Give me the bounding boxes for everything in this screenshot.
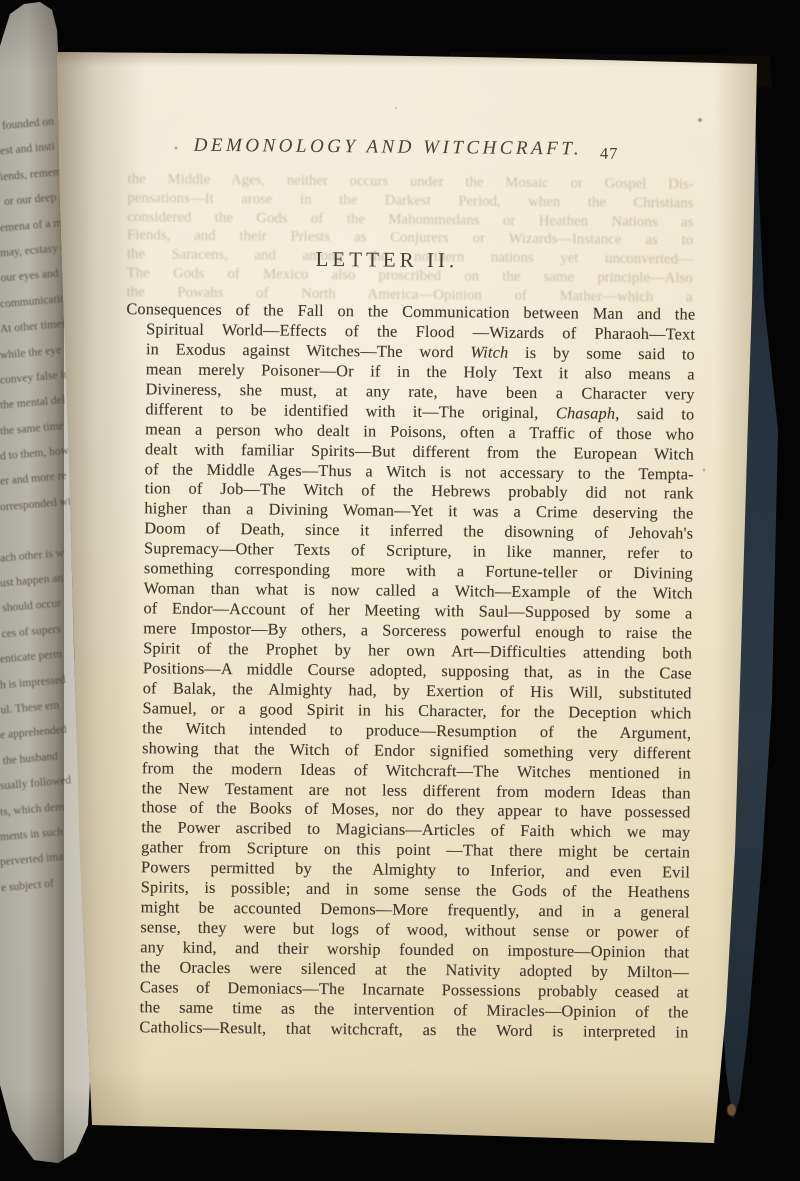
running-header: DEMONOLOGY AND WITCHCRAFT. bbox=[128, 134, 648, 161]
chapter-heading: LETTER II. bbox=[127, 245, 647, 275]
cover-wear-speck bbox=[727, 1104, 736, 1116]
book-photo: founded onest and instiiends, rememor ou… bbox=[0, 0, 800, 1181]
page-number: 47 bbox=[600, 144, 619, 164]
bleedthrough-text: the Middle Ages, neither occurs under th… bbox=[126, 170, 693, 307]
book-page-47: the Middle Ages, neither occurs under th… bbox=[0, 0, 800, 1181]
printed-content: the Middle Ages, neither occurs under th… bbox=[0, 0, 800, 1181]
summary-paragraph: Consequences of the Fall on the Communic… bbox=[119, 299, 695, 1042]
